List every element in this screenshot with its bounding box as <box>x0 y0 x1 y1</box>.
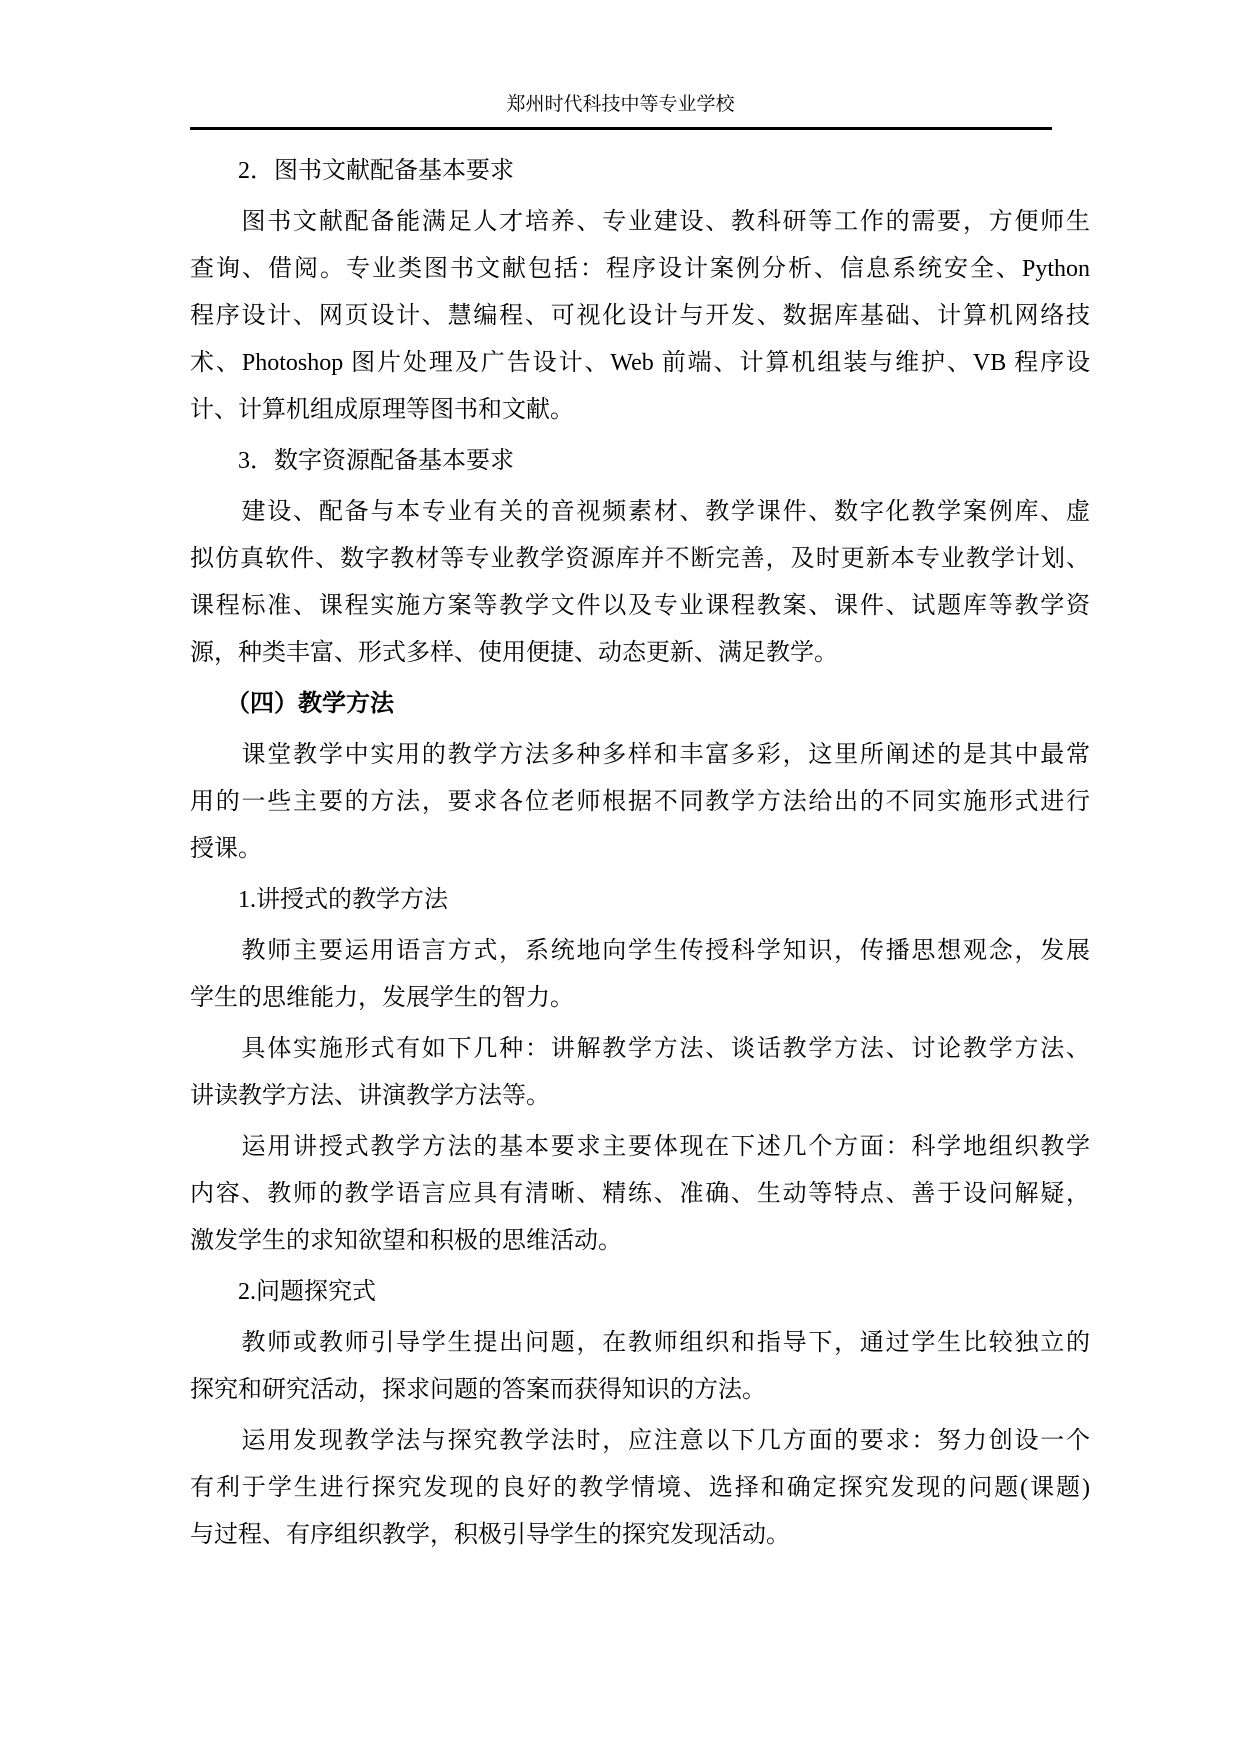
heading-line: 3．数字资源配备基本要求 <box>190 438 1090 485</box>
text-line: 教师主要运用语言方式，系统地向学生传授科学知识，传播思想观念，发展 <box>190 928 1090 975</box>
heading-line: 1.讲授式的教学方法 <box>190 877 1090 924</box>
text-line: 学生的思维能力，发展学生的智力。 <box>190 975 1090 1022</box>
text-line: 运用讲授式教学方法的基本要求主要体现在下述几个方面：科学地组织教学 <box>190 1124 1090 1171</box>
paragraph: 运用发现教学法与探究教学法时，应注意以下几方面的要求：努力创设一个有利于学生进行… <box>190 1418 1090 1559</box>
heading-line: （四）教学方法 <box>190 681 1090 728</box>
text-line: 激发学生的求知欲望和积极的思维活动。 <box>190 1218 1090 1265</box>
text-line: 具体实施形式有如下几种：讲解教学方法、谈话教学方法、讨论教学方法、 <box>190 1026 1090 1073</box>
paragraph: 具体实施形式有如下几种：讲解教学方法、谈话教学方法、讨论教学方法、讲读教学方法、… <box>190 1026 1090 1120</box>
section-heading: 1.讲授式的教学方法 <box>190 877 1090 924</box>
text-line: 课堂教学中实用的教学方法多种多样和丰富多彩，这里所阐述的是其中最常 <box>190 732 1090 779</box>
text-line: 查询、借阅。专业类图书文献包括：程序设计案例分析、信息系统安全、Python <box>190 246 1090 293</box>
text-line: 计、计算机组成原理等图书和文献。 <box>190 387 1090 434</box>
page-header: 郑州时代科技中等专业学校 <box>190 0 1052 130</box>
text-line: 讲读教学方法、讲演教学方法等。 <box>190 1073 1090 1120</box>
heading-line: 2．图书文献配备基本要求 <box>190 148 1090 195</box>
text-line: 程序设计、网页设计、慧编程、可视化设计与开发、数据库基础、计算机网络技 <box>190 293 1090 340</box>
text-line: 图书文献配备能满足人才培养、专业建设、教科研等工作的需要，方便师生 <box>190 199 1090 246</box>
text-line: 有利于学生进行探究发现的良好的教学情境、选择和确定探究发现的问题(课题) <box>190 1465 1090 1512</box>
section-heading: 3．数字资源配备基本要求 <box>190 438 1090 485</box>
paragraph: 运用讲授式教学方法的基本要求主要体现在下述几个方面：科学地组织教学内容、教师的教… <box>190 1124 1090 1265</box>
text-line: 运用发现教学法与探究教学法时，应注意以下几方面的要求：努力创设一个 <box>190 1418 1090 1465</box>
paragraph: 课堂教学中实用的教学方法多种多样和丰富多彩，这里所阐述的是其中最常用的一些主要的… <box>190 732 1090 873</box>
section-heading: （四）教学方法 <box>190 681 1090 728</box>
heading-line: 2.问题探究式 <box>190 1269 1090 1316</box>
text-line: 用的一些主要的方法，要求各位老师根据不同教学方法给出的不同实施形式进行 <box>190 779 1090 826</box>
text-line: 课程标准、课程实施方案等教学文件以及专业课程教案、课件、试题库等教学资 <box>190 583 1090 630</box>
document-page: 郑州时代科技中等专业学校 2．图书文献配备基本要求 图书文献配备能满足人才培养、… <box>0 0 1241 1754</box>
section-heading: 2．图书文献配备基本要求 <box>190 148 1090 195</box>
text-line: 内容、教师的教学语言应具有清晰、精练、准确、生动等特点、善于设问解疑， <box>190 1171 1090 1218</box>
text-line: 探究和研究活动，探求问题的答案而获得知识的方法。 <box>190 1367 1090 1414</box>
text-line: 与过程、有序组织教学，积极引导学生的探究发现活动。 <box>190 1512 1090 1559</box>
section-heading: 2.问题探究式 <box>190 1269 1090 1316</box>
text-line: 教师或教师引导学生提出问题，在教师组织和指导下，通过学生比较独立的 <box>190 1320 1090 1367</box>
text-line: 拟仿真软件、数字教材等专业教学资源库并不断完善，及时更新本专业教学计划、 <box>190 536 1090 583</box>
paragraph: 教师主要运用语言方式，系统地向学生传授科学知识，传播思想观念，发展学生的思维能力… <box>190 928 1090 1022</box>
text-line: 源，种类丰富、形式多样、使用便捷、动态更新、满足教学。 <box>190 630 1090 677</box>
text-line: 授课。 <box>190 826 1090 873</box>
text-line: 术、Photoshop 图片处理及广告设计、Web 前端、计算机组装与维护、VB… <box>190 340 1090 387</box>
paragraph: 教师或教师引导学生提出问题，在教师组织和指导下，通过学生比较独立的探究和研究活动… <box>190 1320 1090 1414</box>
document-body: 2．图书文献配备基本要求 图书文献配备能满足人才培养、专业建设、教科研等工作的需… <box>190 130 1090 1559</box>
paragraph: 建设、配备与本专业有关的音视频素材、教学课件、数字化教学案例库、虚拟仿真软件、数… <box>190 489 1090 677</box>
page-header-school-name: 郑州时代科技中等专业学校 <box>190 92 1052 118</box>
text-line: 建设、配备与本专业有关的音视频素材、教学课件、数字化教学案例库、虚 <box>190 489 1090 536</box>
paragraph: 图书文献配备能满足人才培养、专业建设、教科研等工作的需要，方便师生查询、借阅。专… <box>190 199 1090 434</box>
